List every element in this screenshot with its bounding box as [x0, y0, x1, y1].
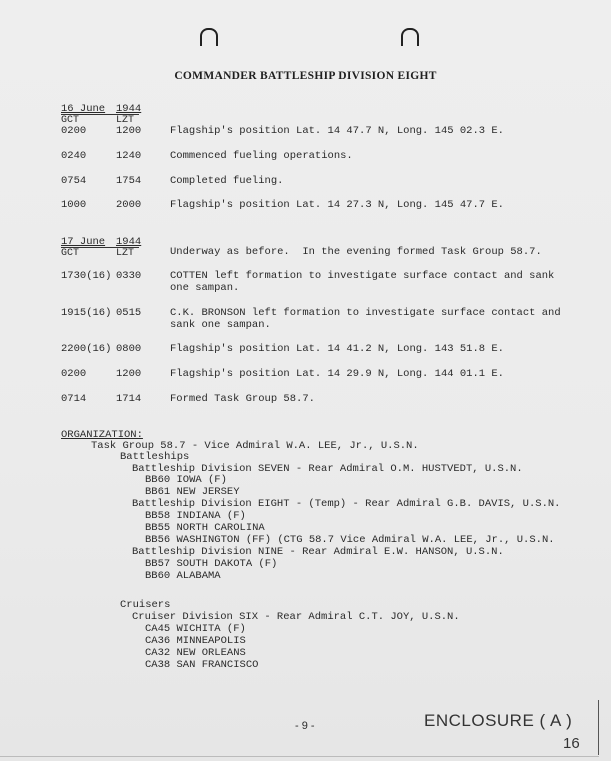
entry-gct: 0200 — [61, 368, 86, 380]
entry-text-cont: sank one sampan. — [170, 319, 271, 331]
entry-text: C.K. BRONSON left formation to investiga… — [170, 307, 561, 319]
entry-lzt: 1714 — [116, 393, 141, 405]
entry-lzt: 0515 — [116, 307, 141, 319]
entry-gct: 0754 — [61, 175, 86, 187]
org-line: BB58 INDIANA (F) — [145, 511, 246, 523]
handwritten-page-number: 16 — [563, 735, 580, 752]
entry-gct: 0240 — [61, 150, 86, 162]
document-page: COMMANDER BATTLESHIP DIVISION EIGHT 16 J… — [0, 0, 611, 761]
section-summary: Underway as before. In the evening forme… — [170, 246, 542, 258]
org-line: Cruiser Division SIX - Rear Admiral C.T.… — [132, 612, 460, 624]
org-line: BB55 NORTH CAROLINA — [145, 523, 265, 535]
org-line: CA36 MINNEAPOLIS — [145, 636, 246, 648]
entry-gct: 1730(16) — [61, 270, 111, 282]
org-line: BB60 ALABAMA — [145, 571, 221, 583]
entry-text: Flagship's position Lat. 14 27.3 N, Long… — [170, 199, 504, 211]
entry-text: Commenced fueling operations. — [170, 150, 353, 162]
entry-gct: 1915(16) — [61, 307, 111, 319]
org-line: BB56 WASHINGTON (FF) (CTG 58.7 Vice Admi… — [145, 535, 555, 547]
entry-text: Flagship's position Lat. 14 41.2 N, Long… — [170, 343, 504, 355]
org-line: BB57 SOUTH DAKOTA (F) — [145, 559, 277, 571]
page-edge — [598, 700, 599, 755]
entry-gct: 0200 — [61, 125, 86, 137]
org-line: Battleship Division NINE - Rear Admiral … — [132, 547, 504, 559]
punch-hole — [200, 28, 218, 46]
enclosure-stamp: ENCLOSURE ( A ) — [424, 711, 572, 731]
entry-lzt: 1240 — [116, 150, 141, 162]
org-line: Battleships — [120, 452, 189, 464]
entry-lzt: 1200 — [116, 125, 141, 137]
entry-text: Flagship's position Lat. 14 47.7 N, Long… — [170, 125, 504, 137]
entry-gct: 0714 — [61, 393, 86, 405]
org-line: BB60 IOWA (F) — [145, 475, 227, 487]
entry-text: Flagship's position Lat. 14 29.9 N, Long… — [170, 368, 504, 380]
org-line: Battleship Division EIGHT - (Temp) - Rea… — [132, 499, 560, 511]
org-line: CA32 NEW ORLEANS — [145, 648, 246, 660]
punch-hole — [401, 28, 419, 46]
entry-text-cont: one sampan. — [170, 282, 239, 294]
entry-gct: 1000 — [61, 199, 86, 211]
document-title: COMMANDER BATTLESHIP DIVISION EIGHT — [0, 70, 611, 82]
page-number: - 9 - — [295, 720, 315, 732]
org-line: CA45 WICHITA (F) — [145, 624, 246, 636]
entry-gct: 2200(16) — [61, 343, 111, 355]
org-line: CA38 SAN FRANCISCO — [145, 660, 258, 672]
org-line: BB61 NEW JERSEY — [145, 487, 240, 499]
entry-lzt: 0800 — [116, 343, 141, 355]
entry-lzt: 2000 — [116, 199, 141, 211]
col-header-lzt: LZT — [116, 247, 134, 260]
entry-lzt: 1200 — [116, 368, 141, 380]
entry-text: Completed fueling. — [170, 175, 283, 187]
org-line: Cruisers — [120, 600, 170, 612]
entry-text: COTTEN left formation to investigate sur… — [170, 270, 554, 282]
page-edge — [0, 756, 599, 757]
entry-text: Formed Task Group 58.7. — [170, 393, 315, 405]
entry-lzt: 1754 — [116, 175, 141, 187]
entry-lzt: 0330 — [116, 270, 141, 282]
